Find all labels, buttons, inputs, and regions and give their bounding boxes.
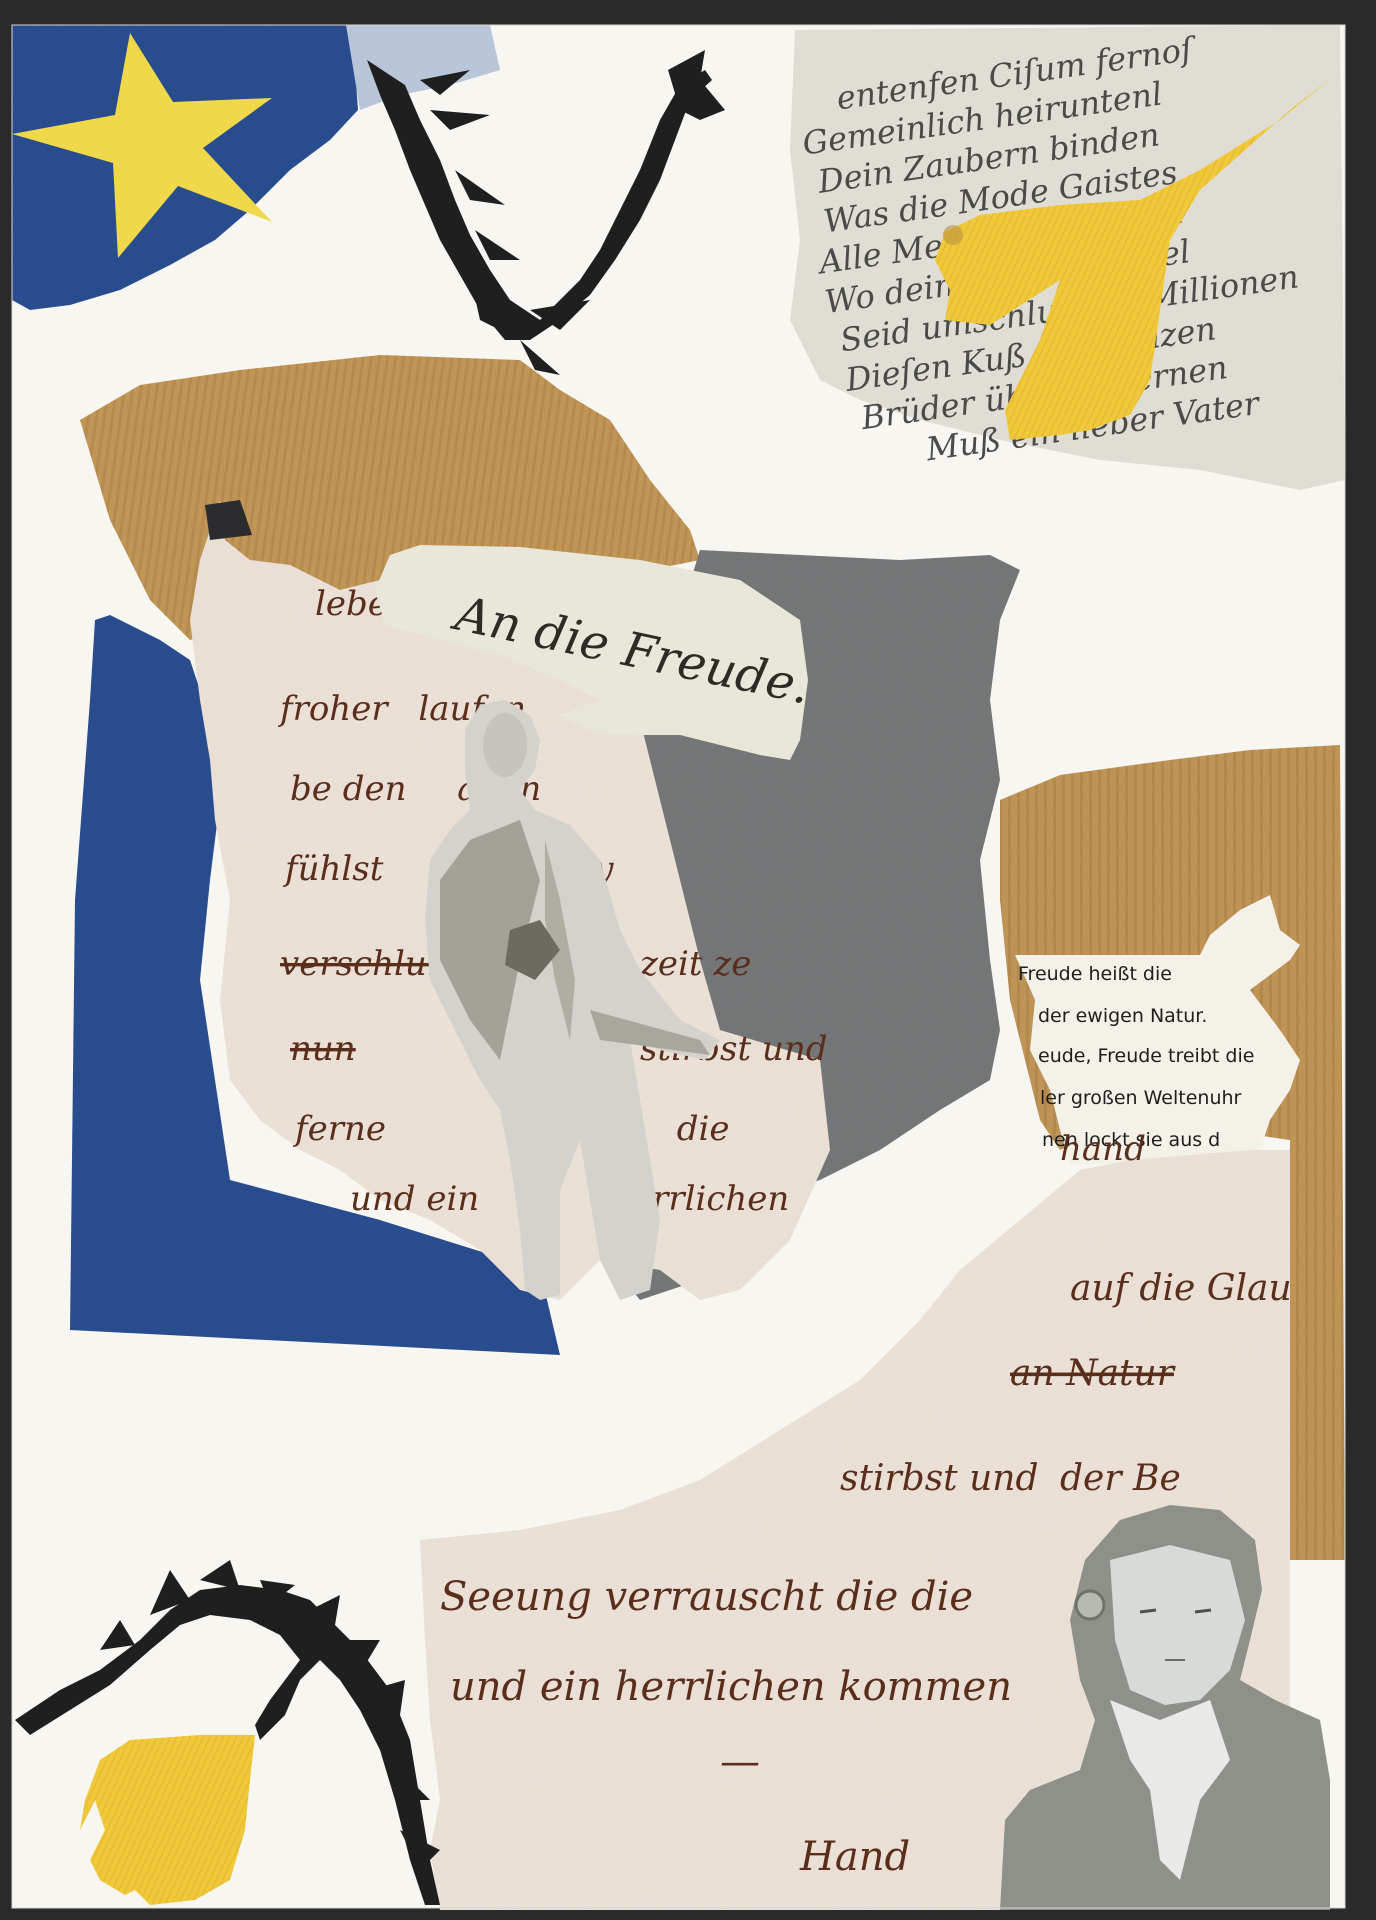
svg-text:ler großen Weltenuhr: ler großen Weltenuhr	[1040, 1087, 1242, 1109]
svg-text:stirbst und: stirbst und	[840, 1458, 1039, 1499]
collage-artwork: entenfen Ciſum fernoſ Gemeinlich heirunt…	[0, 0, 1376, 1920]
svg-text:nun: nun	[290, 1029, 356, 1069]
ginkgo-leaf-bottom	[80, 1735, 255, 1905]
svg-text:der ewigen Natur.: der ewigen Natur.	[1038, 1005, 1207, 1027]
svg-text:Hand: Hand	[799, 1834, 910, 1880]
svg-text:eude, Freude treibt die: eude, Freude treibt die	[1038, 1045, 1254, 1067]
svg-text:—: —	[720, 1739, 760, 1785]
svg-text:der Be: der Be	[1060, 1458, 1181, 1499]
svg-text:an Natur: an Natur	[1010, 1353, 1176, 1394]
svg-text:und ein herrlichen kommen: und ein herrlichen kommen	[450, 1664, 1012, 1710]
svg-text:auf die Glau: auf die Glau	[1070, 1268, 1292, 1309]
svg-text:verschlun: verschlun	[280, 944, 449, 984]
svg-text:Freude heißt die: Freude heißt die	[1018, 963, 1172, 985]
svg-text:Seeung verrauscht die die: Seeung verrauscht die die	[440, 1574, 973, 1620]
svg-text:hand: hand	[1060, 1129, 1146, 1169]
svg-text:zeit ze: zeit ze	[639, 944, 751, 984]
